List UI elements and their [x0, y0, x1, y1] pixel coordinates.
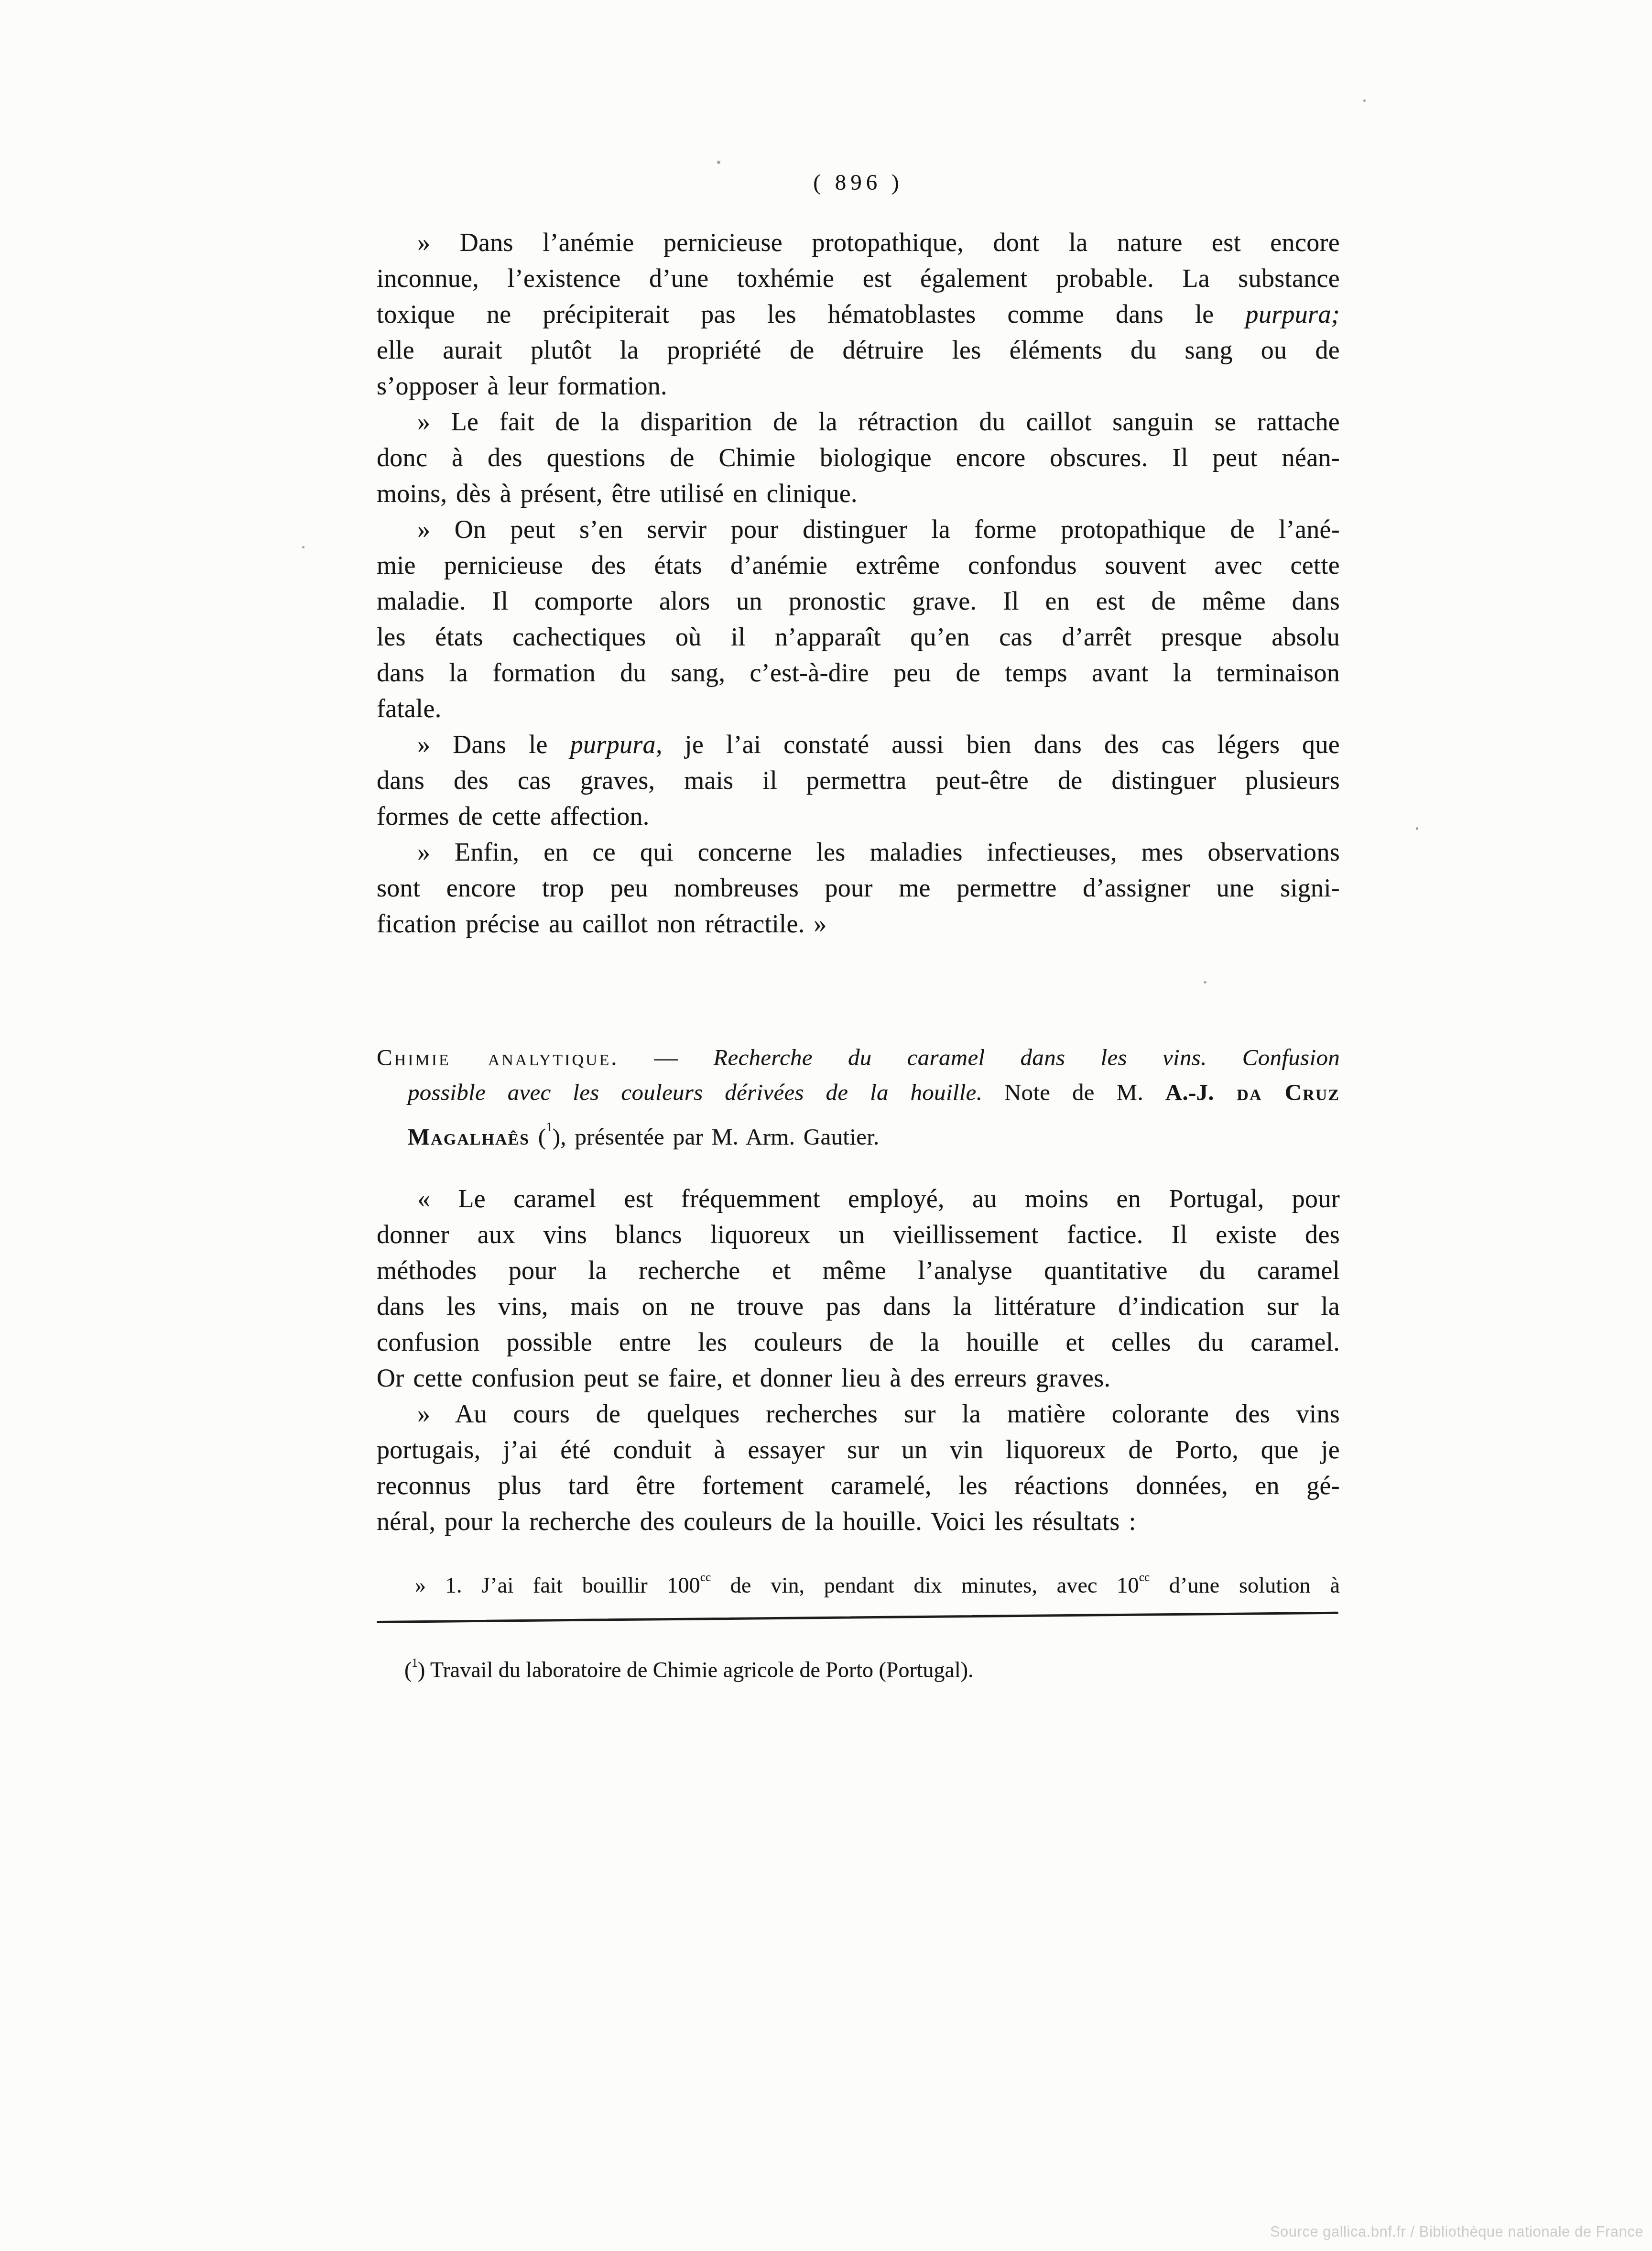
- footnote: (1) Travail du laboratoire de Chimie agr…: [377, 1649, 1340, 1684]
- text-line: » Le fait de la disparition de la rétrac…: [377, 404, 1340, 440]
- text-line: elle aurait plutôt la propriété de détru…: [377, 332, 1340, 368]
- text-line: méthodes pour la recherche et même l’ana…: [377, 1253, 1340, 1289]
- page-number: ( 896 ): [377, 168, 1340, 197]
- footnote-marker: (: [404, 1658, 412, 1682]
- text-line: » On peut s’en servir pour distinguer la…: [377, 512, 1340, 547]
- text-run: » 1. J’ai fait bouillir 100: [415, 1573, 700, 1597]
- text-line: toxique ne précipiterait pas les hématob…: [377, 296, 1340, 332]
- text-line: s’opposer à leur formation.: [377, 368, 1340, 404]
- article-title-part: possible avec les couleurs dérivées de l…: [408, 1079, 982, 1105]
- source-watermark: Source gallica.bnf.fr / Bibliothèque nat…: [1270, 2223, 1643, 2240]
- text-line: donner aux vins blancs liquoreux un viei…: [377, 1217, 1340, 1253]
- text-line: dans des cas graves, mais il permettra p…: [377, 763, 1340, 798]
- text-run: je l’ai constaté aussi bien dans des cas…: [663, 730, 1340, 759]
- numbered-item-1: » 1. J’ai fait bouillir 100cc de vin, pe…: [377, 1563, 1340, 1600]
- paragraph-infectieuses: » Enfin, en ce qui concerne les maladies…: [377, 834, 1340, 942]
- italic-term-purpura: purpura;: [1246, 300, 1340, 328]
- paragraph-porto: » Au cours de quelques recherches sur la…: [377, 1396, 1340, 1540]
- text-line: dans la formation du sang, c’est-à-dire …: [377, 655, 1340, 691]
- text-run: d’une solution à: [1150, 1573, 1340, 1597]
- text-line: reconnus plus tard être fortement carame…: [377, 1468, 1340, 1504]
- text-run: toxique ne précipiterait pas les hématob…: [377, 300, 1246, 328]
- text-line: fication précise au caillot non rétracti…: [377, 906, 1340, 942]
- text-line: inconnue, l’existence d’une toxhémie est…: [377, 261, 1340, 296]
- unit-superscript-cc: cc: [1139, 1571, 1150, 1584]
- scan-speck: [717, 161, 720, 164]
- paragraph-caramel: « Le caramel est fréquemment employé, au…: [377, 1181, 1340, 1396]
- text-line: maladie. Il comporte alors un pronostic …: [377, 583, 1340, 619]
- text-line: les états cachectiques où il n’apparaît …: [377, 619, 1340, 655]
- text-run: » Dans le: [417, 730, 570, 759]
- text-line: » Dans l’anémie pernicieuse protopathiqu…: [377, 225, 1340, 261]
- text-line: » Au cours de quelques recherches sur la…: [377, 1396, 1340, 1432]
- paragraph-anemie: » Dans l’anémie pernicieuse protopathiqu…: [377, 225, 1340, 404]
- author-surname: Magalhaês: [408, 1124, 530, 1150]
- text-line: formes de cette affection.: [377, 798, 1340, 834]
- section-label: Chimie analytique.: [377, 1044, 619, 1071]
- scan-speck: [1363, 99, 1366, 102]
- text-line: » Dans le purpura, je l’ai constaté auss…: [377, 727, 1340, 763]
- article-title-part: Recherche du caramel dans les vins. Conf…: [713, 1044, 1340, 1071]
- text-line: fatale.: [377, 691, 1340, 727]
- text-line: moins, dès à présent, être utilisé en cl…: [377, 476, 1340, 512]
- scan-speck: [302, 546, 304, 548]
- footnote-rule: [377, 1612, 1338, 1623]
- article-heading: Chimie analytique. — Recherche du carame…: [377, 1040, 1340, 1154]
- footnote-ref: ),: [553, 1124, 566, 1150]
- footnote-marker: ): [418, 1658, 425, 1682]
- text-line: dans les vins, mais on ne trouve pas dan…: [377, 1289, 1340, 1324]
- heading-line: Chimie analytique. — Recherche du carame…: [377, 1040, 1340, 1075]
- footnote-marker-number: 1: [412, 1656, 418, 1670]
- italic-term-purpura: purpura,: [570, 730, 663, 759]
- byline-prefix: Note de M.: [982, 1079, 1165, 1105]
- text-line: « Le caramel est fréquemment employé, au…: [377, 1181, 1340, 1217]
- footnote-text: Travail du laboratoire de Chimie agricol…: [425, 1658, 973, 1682]
- text-line: portugais, j’ai été conduit à essayer su…: [377, 1432, 1340, 1468]
- unit-superscript-cc: cc: [700, 1571, 711, 1584]
- em-dash: —: [619, 1044, 714, 1071]
- scanned-page: ( 896 ) » Dans l’anémie pernicieuse prot…: [0, 0, 1652, 2251]
- footnote-ref: (: [530, 1124, 546, 1150]
- author-initials: A.-J.: [1165, 1079, 1214, 1105]
- text-line: » Enfin, en ce qui concerne les maladies…: [377, 834, 1340, 870]
- text-block: ( 896 ) » Dans l’anémie pernicieuse prot…: [377, 168, 1340, 1684]
- author-name-part: da Cruz: [1214, 1079, 1340, 1105]
- heading-line: Magalhaês (1), présentée par M. Arm. Gau…: [377, 1110, 1340, 1154]
- paragraph-purpura: » Dans le purpura, je l’ai constaté auss…: [377, 727, 1340, 834]
- paragraph-caillot: » Le fait de la disparition de la rétrac…: [377, 404, 1340, 512]
- heading-line: possible avec les couleurs dérivées de l…: [377, 1075, 1340, 1110]
- text-line: néral, pour la recherche des couleurs de…: [377, 1504, 1340, 1540]
- byline-rest: présentée par M. Arm. Gautier.: [566, 1124, 880, 1150]
- text-line: donc à des questions de Chimie biologiqu…: [377, 440, 1340, 476]
- text-run: de vin, pendant dix minutes, avec 10: [711, 1573, 1139, 1597]
- text-line: mie pernicieuse des états d’anémie extrê…: [377, 547, 1340, 583]
- text-line: Or cette confusion peut se faire, et don…: [377, 1360, 1340, 1396]
- text-line: confusion possible entre les couleurs de…: [377, 1324, 1340, 1360]
- scan-speck: [1416, 827, 1418, 830]
- paragraph-clinique: » On peut s’en servir pour distinguer la…: [377, 512, 1340, 727]
- footnote-ref-number: 1: [546, 1120, 552, 1134]
- text-line: sont encore trop peu nombreuses pour me …: [377, 870, 1340, 906]
- article-body: « Le caramel est fréquemment employé, au…: [377, 1181, 1340, 1684]
